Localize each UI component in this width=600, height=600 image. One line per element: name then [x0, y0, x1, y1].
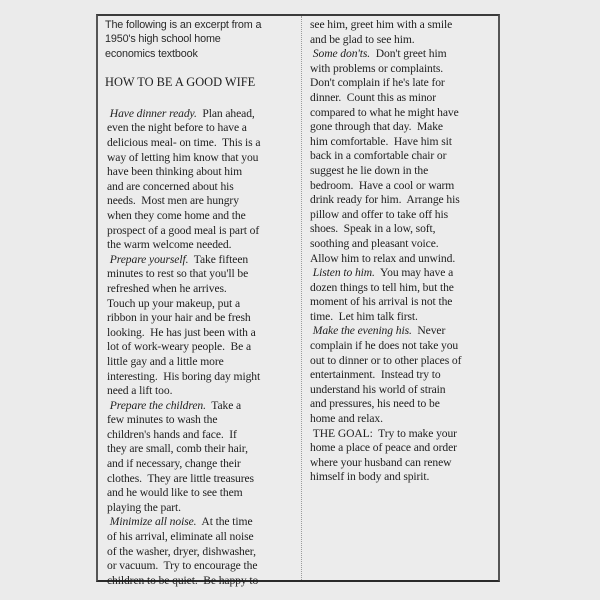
- line-text: need a lift too.: [107, 384, 172, 397]
- text-line: Make the evening his. Never: [308, 324, 498, 339]
- text-line: THE GOAL: Try to make your: [308, 427, 498, 442]
- line-text: and are concerned about his: [107, 180, 234, 193]
- line-text: and pressures, his need to be: [310, 397, 440, 410]
- text-line: see him, greet him with a smile: [308, 18, 498, 33]
- text-line: Prepare yourself. Take fifteen: [105, 253, 297, 268]
- line-text: the warm welcome needed.: [107, 238, 231, 251]
- text-line: home and relax.: [308, 412, 498, 427]
- document-frame: The following is an excerpt from a 1950'…: [96, 14, 500, 582]
- line-text: way of letting him know that you: [107, 151, 258, 164]
- line-text: clothes. They are little treasures: [107, 472, 254, 485]
- line-text: entertainment. Instead try to: [310, 368, 441, 381]
- text-line: and he would like to see them: [105, 486, 297, 501]
- intro-line: The following is an excerpt from a: [105, 18, 297, 32]
- line-text: and he would like to see them: [107, 486, 243, 499]
- text-line: where your husband can renew: [308, 456, 498, 471]
- text-line: or vacuum. Try to encourage the: [105, 559, 297, 574]
- text-line: Touch up your makeup, put a: [105, 297, 297, 312]
- column-divider: [301, 16, 302, 580]
- text-line: of the washer, dryer, dishwasher,: [105, 545, 297, 560]
- text-line: of his arrival, eliminate all noise: [105, 530, 297, 545]
- line-text: complain if he does not take you: [310, 339, 458, 352]
- line-text: himself in body and spirit.: [310, 470, 429, 483]
- line-text: Don't greet him: [370, 47, 446, 60]
- text-line: Allow him to relax and unwind.: [308, 252, 498, 267]
- line-text: Take fifteen: [188, 253, 248, 266]
- line-text: they are small, comb their hair,: [107, 442, 248, 455]
- line-text: with problems or complaints.: [310, 62, 443, 75]
- line-text: time. Let him talk first.: [310, 310, 418, 323]
- text-line: have been thinking about him: [105, 165, 297, 180]
- line-text: At the time: [196, 515, 252, 528]
- line-text: refreshed when he arrives.: [107, 282, 227, 295]
- right-column-text: see him, greet him with a smileand be gl…: [308, 18, 498, 485]
- text-line: lot of work-weary people. Be a: [105, 340, 297, 355]
- text-line: complain if he does not take you: [308, 339, 498, 354]
- right-column: see him, greet him with a smileand be gl…: [308, 18, 498, 485]
- line-text: where your husband can renew: [310, 456, 451, 469]
- text-line: even the night before to have a: [105, 121, 297, 136]
- line-text: even the night before to have a: [107, 121, 247, 134]
- line-text: Don't complain if he's late for: [310, 76, 445, 89]
- line-text: bedroom. Have a cool or warm: [310, 179, 454, 192]
- text-line: clothes. They are little treasures: [105, 472, 297, 487]
- line-text: suggest he lie down in the: [310, 164, 428, 177]
- text-line: and are concerned about his: [105, 180, 297, 195]
- line-text: moment of his arrival is not the: [310, 295, 452, 308]
- text-line: out to dinner or to other places of: [308, 354, 498, 369]
- text-line: time. Let him talk first.: [308, 310, 498, 325]
- text-line: Minimize all noise. At the time: [105, 515, 297, 530]
- line-text: soothing and pleasant voice.: [310, 237, 439, 250]
- line-text: You may have a: [375, 266, 453, 279]
- text-line: playing the part.: [105, 501, 297, 516]
- text-line: shoes. Speak in a low, soft,: [308, 222, 498, 237]
- line-text: dinner. Count this as minor: [310, 91, 436, 104]
- line-text: have been thinking about him: [107, 165, 242, 178]
- text-line: Don't complain if he's late for: [308, 76, 498, 91]
- intro-line: economics textbook: [105, 47, 297, 61]
- text-line: children to be quiet. Be happy to: [105, 574, 297, 589]
- line-text: understand his world of strain: [310, 383, 445, 396]
- text-line: few minutes to wash the: [105, 413, 297, 428]
- line-text: shoes. Speak in a low, soft,: [310, 222, 435, 235]
- line-text: or vacuum. Try to encourage the: [107, 559, 257, 572]
- line-text: delicious meal- on time. This is a: [107, 136, 260, 149]
- line-text: ribbon in your hair and be fresh: [107, 311, 251, 324]
- line-text: children to be quiet. Be happy to: [107, 574, 258, 587]
- left-column: The following is an excerpt from a 1950'…: [105, 18, 297, 588]
- text-line: little gay and a little more: [105, 355, 297, 370]
- section-heading: Minimize all noise.: [107, 515, 196, 528]
- section-heading: Some don'ts.: [310, 47, 370, 60]
- section-heading: Prepare the children.: [107, 399, 206, 412]
- text-line: compared to what he might have: [308, 106, 498, 121]
- text-line: and be glad to see him.: [308, 33, 498, 48]
- text-line: the warm welcome needed.: [105, 238, 297, 253]
- line-text: playing the part.: [107, 501, 181, 514]
- line-text: dozen things to tell him, but the: [310, 281, 454, 294]
- text-line: dinner. Count this as minor: [308, 91, 498, 106]
- text-line: Prepare the children. Take a: [105, 399, 297, 414]
- line-text: Never: [412, 324, 445, 337]
- text-line: with problems or complaints.: [308, 62, 498, 77]
- document-title: HOW TO BE A GOOD WIFE: [105, 75, 297, 90]
- section-heading: Listen to him.: [310, 266, 375, 279]
- line-text: of his arrival, eliminate all noise: [107, 530, 254, 543]
- intro-note: The following is an excerpt from a 1950'…: [105, 18, 297, 61]
- text-line: back in a comfortable chair or: [308, 149, 498, 164]
- text-line: soothing and pleasant voice.: [308, 237, 498, 252]
- line-text: minutes to rest so that you'll be: [107, 267, 248, 280]
- text-line: Some don'ts. Don't greet him: [308, 47, 498, 62]
- text-line: gone through that day. Make: [308, 120, 498, 135]
- text-line: drink ready for him. Arrange his: [308, 193, 498, 208]
- line-text: back in a comfortable chair or: [310, 149, 446, 162]
- line-text: needs. Most men are hungry: [107, 194, 239, 207]
- line-text: Take a: [206, 399, 241, 412]
- section-heading: Prepare yourself.: [107, 253, 188, 266]
- text-line: they are small, comb their hair,: [105, 442, 297, 457]
- line-text: little gay and a little more: [107, 355, 224, 368]
- text-line: and pressures, his need to be: [308, 397, 498, 412]
- line-text: out to dinner or to other places of: [310, 354, 461, 367]
- line-text: home a place of peace and order: [310, 441, 457, 454]
- line-text: drink ready for him. Arrange his: [310, 193, 460, 206]
- line-text: and be glad to see him.: [310, 33, 415, 46]
- section-heading: Have dinner ready.: [107, 107, 197, 120]
- text-line: prospect of a good meal is part of: [105, 224, 297, 239]
- text-line: and if necessary, change their: [105, 457, 297, 472]
- text-line: interesting. His boring day might: [105, 370, 297, 385]
- line-text: home and relax.: [310, 412, 383, 425]
- text-line: looking. He has just been with a: [105, 326, 297, 341]
- text-line: him comfortable. Have him sit: [308, 135, 498, 150]
- line-text: Allow him to relax and unwind.: [310, 252, 455, 265]
- text-line: way of letting him know that you: [105, 151, 297, 166]
- text-line: dozen things to tell him, but the: [308, 281, 498, 296]
- line-text: gone through that day. Make: [310, 120, 443, 133]
- line-text: interesting. His boring day might: [107, 370, 260, 383]
- text-line: himself in body and spirit.: [308, 470, 498, 485]
- line-text: children's hands and face. If: [107, 428, 237, 441]
- line-text: when they come home and the: [107, 209, 246, 222]
- line-text: few minutes to wash the: [107, 413, 217, 426]
- line-text: Touch up your makeup, put a: [107, 297, 240, 310]
- text-line: needs. Most men are hungry: [105, 194, 297, 209]
- line-text: compared to what he might have: [310, 106, 459, 119]
- line-text: prospect of a good meal is part of: [107, 224, 259, 237]
- line-text: him comfortable. Have him sit: [310, 135, 452, 148]
- intro-line: 1950's high school home: [105, 32, 297, 46]
- text-line: Listen to him. You may have a: [308, 266, 498, 281]
- line-text: THE GOAL: Try to make your: [310, 427, 457, 440]
- text-line: moment of his arrival is not the: [308, 295, 498, 310]
- line-text: looking. He has just been with a: [107, 326, 256, 339]
- text-line: need a lift too.: [105, 384, 297, 399]
- text-line: home a place of peace and order: [308, 441, 498, 456]
- line-text: and if necessary, change their: [107, 457, 241, 470]
- text-line: bedroom. Have a cool or warm: [308, 179, 498, 194]
- text-line: understand his world of strain: [308, 383, 498, 398]
- text-line: minutes to rest so that you'll be: [105, 267, 297, 282]
- line-text: pillow and offer to take off his: [310, 208, 448, 221]
- text-line: refreshed when he arrives.: [105, 282, 297, 297]
- text-line: entertainment. Instead try to: [308, 368, 498, 383]
- text-line: ribbon in your hair and be fresh: [105, 311, 297, 326]
- text-line: suggest he lie down in the: [308, 164, 498, 179]
- section-heading: Make the evening his.: [310, 324, 412, 337]
- text-line: Have dinner ready. Plan ahead,: [105, 107, 297, 122]
- text-line: children's hands and face. If: [105, 428, 297, 443]
- line-text: of the washer, dryer, dishwasher,: [107, 545, 256, 558]
- line-text: Plan ahead,: [197, 107, 255, 120]
- text-line: pillow and offer to take off his: [308, 208, 498, 223]
- text-line: delicious meal- on time. This is a: [105, 136, 297, 151]
- text-line: when they come home and the: [105, 209, 297, 224]
- line-text: see him, greet him with a smile: [310, 18, 452, 31]
- left-column-text: Have dinner ready. Plan ahead,even the n…: [105, 107, 297, 589]
- line-text: lot of work-weary people. Be a: [107, 340, 251, 353]
